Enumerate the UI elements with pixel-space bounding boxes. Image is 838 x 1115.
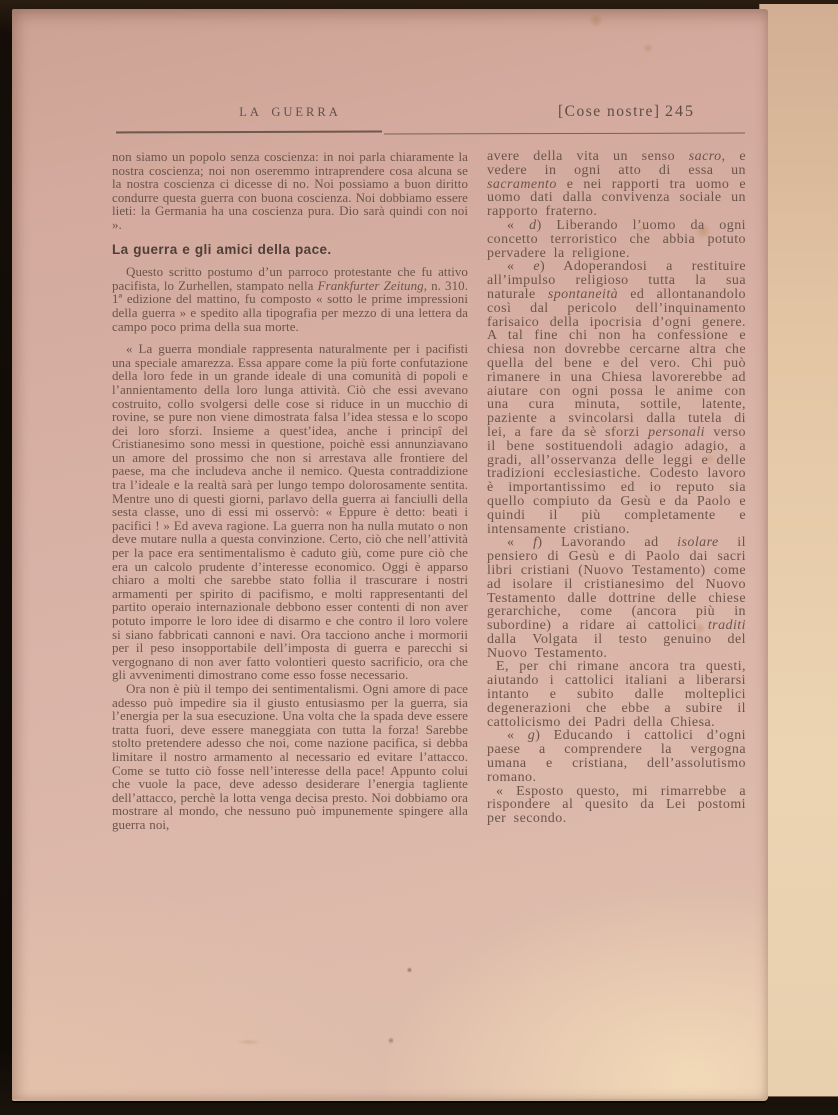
paragraph: « d) Liberando l’uomo da ogni concetto t… bbox=[487, 219, 746, 260]
paragraph: « f) Lavorando ad isolare il pensiero di… bbox=[487, 536, 746, 660]
italic-text-run: d bbox=[529, 218, 536, 233]
paragraph: « e) Adoperandosi a restituire all’impul… bbox=[487, 260, 746, 536]
italic-text-run: spontaneità bbox=[548, 287, 618, 302]
italic-text-run: sacro bbox=[689, 149, 722, 164]
text-run: ) Lavorando ad bbox=[537, 535, 677, 550]
article-heading: La guerra e gli amici della pace. bbox=[112, 243, 468, 257]
italic-text-run: personali bbox=[648, 425, 705, 440]
paper-stain bbox=[407, 967, 412, 973]
text-run: « bbox=[507, 259, 533, 274]
paper-stain bbox=[237, 1039, 261, 1045]
text-run: « bbox=[507, 535, 533, 550]
running-head-column-title: [Cose nostre] bbox=[558, 103, 661, 121]
text-run: dalla Volgata il testo genuino del Nuovo… bbox=[487, 632, 746, 661]
text-run: « La guerra mondiale rappresenta natural… bbox=[112, 341, 468, 682]
text-run: verso il bene sostituendoli adagio adagi… bbox=[487, 425, 746, 537]
text-run: « Esposto questo, mi rimarrebbe a rispon… bbox=[487, 784, 746, 827]
text-run: non siamo un popolo senza coscienza: in … bbox=[112, 149, 468, 232]
text-run: Ora non è più il tempo dei sentimentalis… bbox=[112, 681, 468, 832]
paragraph: « g) Educando i cattolici d’ogni paese a… bbox=[487, 729, 746, 784]
italic-text-run: traditi bbox=[708, 618, 746, 633]
paper-stain bbox=[388, 1037, 394, 1044]
running-head: LA GUERRA [Cose nostre] 245 bbox=[12, 105, 768, 127]
page-number: 245 bbox=[665, 103, 695, 121]
paragraph: E, per chi rimane ancora tra questi, aiu… bbox=[487, 660, 746, 729]
italic-text-run: sacramento bbox=[487, 177, 557, 192]
paragraph: Ora non è più il tempo dei sentimentalis… bbox=[112, 682, 468, 832]
scanned-book-photo: LA GUERRA [Cose nostre] 245 non siamo un… bbox=[0, 0, 838, 1115]
left-column: non siamo un popolo senza coscienza: in … bbox=[112, 150, 468, 832]
paper-stain bbox=[588, 13, 604, 27]
text-run: E, per chi rimane ancora tra questi, aiu… bbox=[487, 659, 746, 729]
book-page: LA GUERRA [Cose nostre] 245 non siamo un… bbox=[12, 9, 768, 1101]
paragraph: non siamo un popolo senza coscienza: in … bbox=[112, 150, 468, 232]
paper-stain bbox=[642, 43, 654, 53]
paragraph: « La guerra mondiale rappresenta natural… bbox=[112, 342, 468, 682]
right-column: avere della vita un senso sacro, e veder… bbox=[487, 150, 746, 826]
text-run: « bbox=[507, 218, 529, 233]
paragraph: Questo scritto postumo d’un parroco prot… bbox=[112, 265, 468, 333]
text-run: avere della vita un senso bbox=[487, 149, 689, 164]
running-head-title: LA GUERRA bbox=[112, 105, 468, 120]
text-run: « bbox=[507, 728, 528, 743]
header-rule-left bbox=[116, 131, 382, 134]
paragraph: « Esposto questo, mi rimarrebbe a rispon… bbox=[487, 785, 746, 826]
text-run: ed allontanandolo così dal pericolo dell… bbox=[487, 287, 746, 440]
header-rule-right bbox=[384, 133, 745, 135]
italic-text-run: isolare bbox=[677, 535, 719, 550]
next-page-edge bbox=[759, 4, 838, 1097]
paragraph: avere della vita un senso sacro, e veder… bbox=[487, 150, 746, 219]
